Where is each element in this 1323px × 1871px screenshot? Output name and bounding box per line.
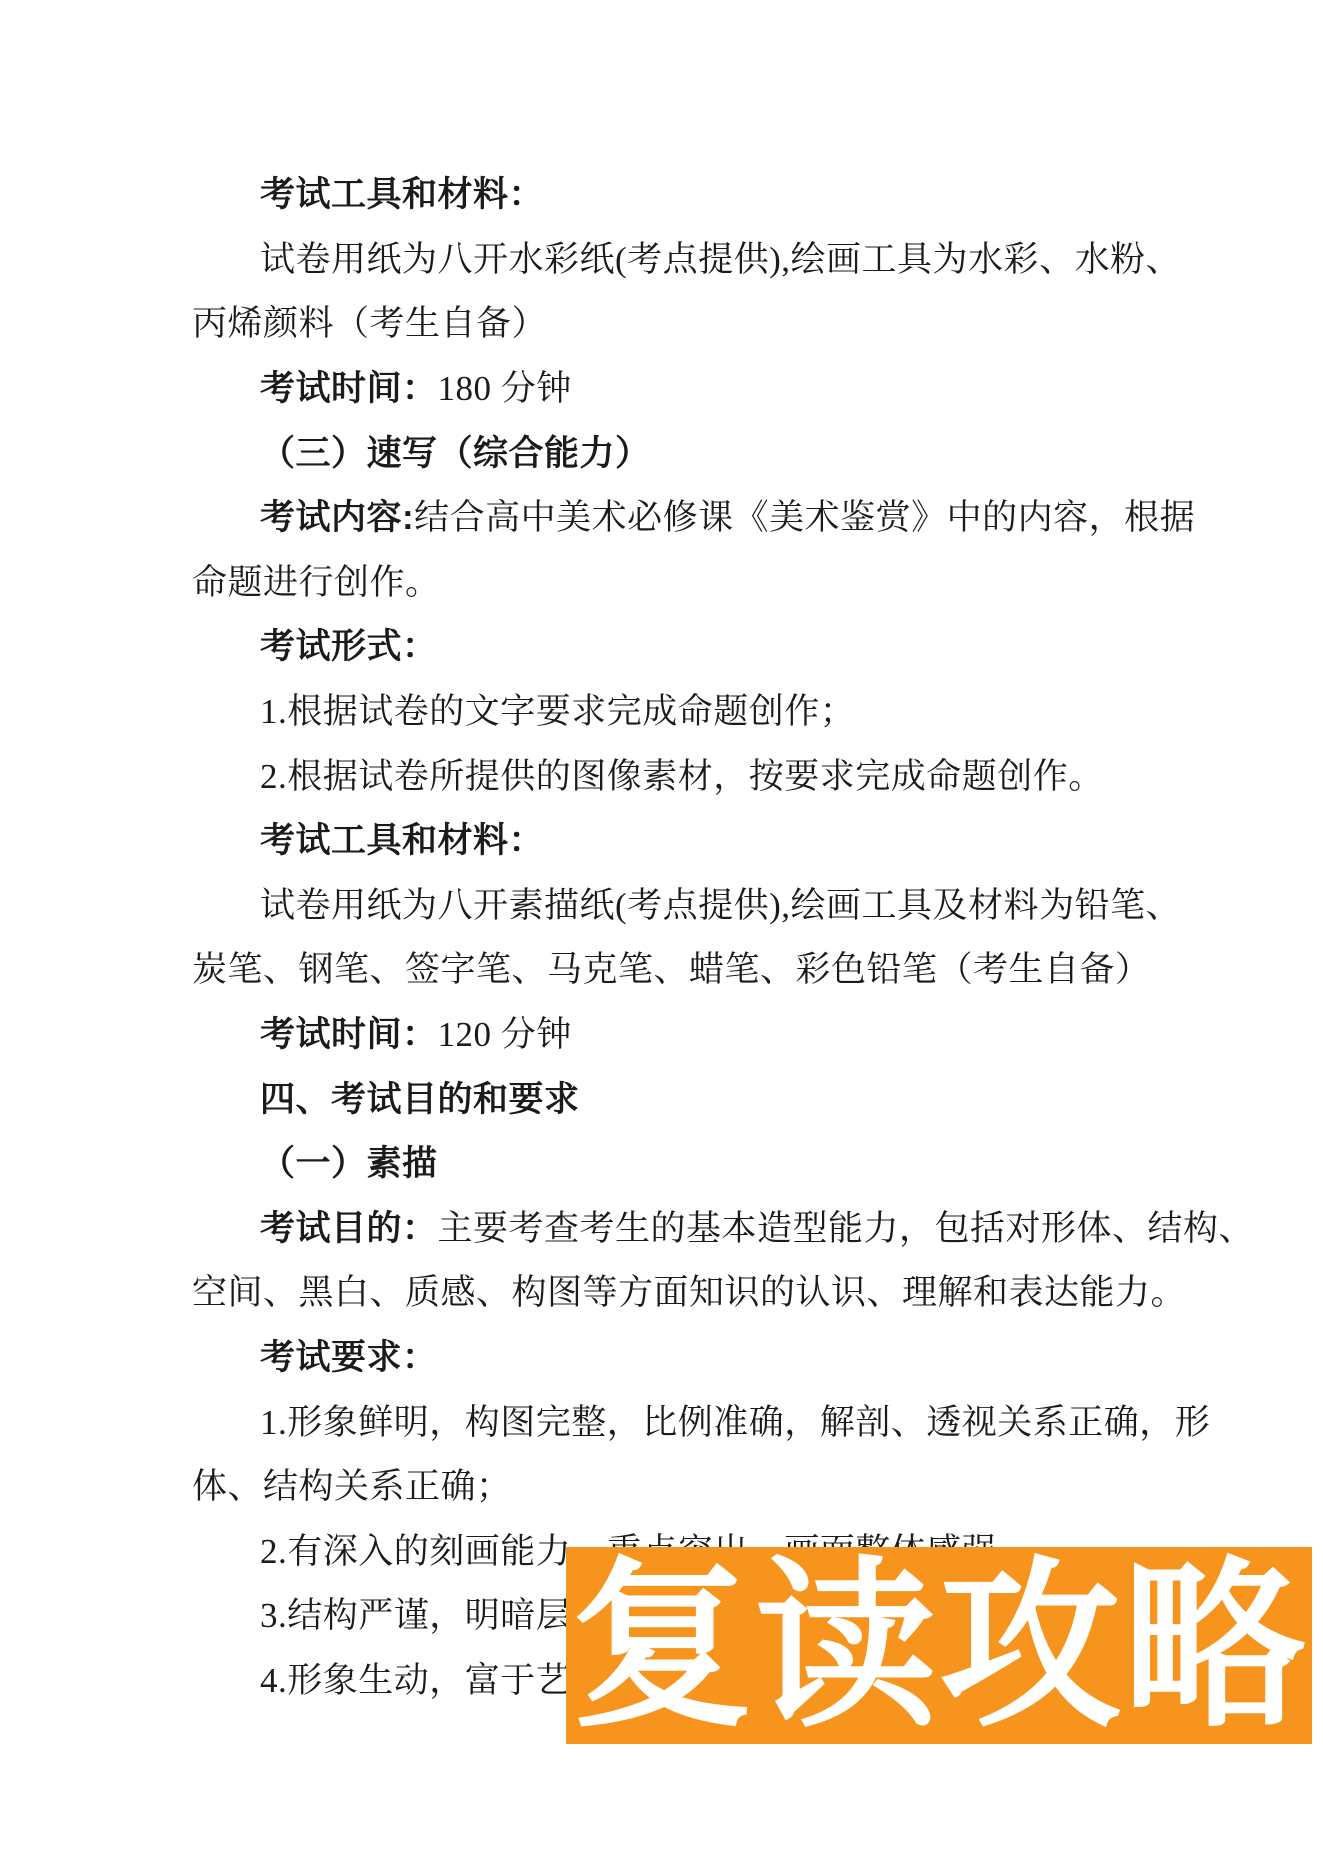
heading-run: （一）素描 (260, 1136, 438, 1186)
body-run: 空间、黑白、质感、构图等方面知识的认识、理解和表达能力。 (192, 1265, 1186, 1315)
heading-run: 考试时间： (260, 1007, 438, 1057)
text-line: （一）素描 (192, 1129, 1192, 1194)
text-line: 考试时间：120 分钟 (192, 1000, 1192, 1065)
text-line: 2.根据试卷所提供的图像素材，按要求完成命题创作。 (192, 741, 1192, 806)
text-line: 空间、黑白、质感、构图等方面知识的认识、理解和表达能力。 (192, 1258, 1192, 1323)
document-page: 考试工具和材料：试卷用纸为八开水彩纸(考点提供),绘画工具为水彩、水粉、丙烯颜料… (0, 0, 1323, 1871)
body-run: 120 分钟 (438, 1007, 572, 1057)
text-line: 考试时间：180 分钟 (192, 354, 1192, 419)
heading-run: 考试目的： (260, 1201, 438, 1251)
watermark-banner: 复读攻略 (566, 1547, 1312, 1744)
body-run: 结合高中美术必修课《美术鉴赏》中的内容，根据 (414, 490, 1195, 540)
document-body: 考试工具和材料：试卷用纸为八开水彩纸(考点提供),绘画工具为水彩、水粉、丙烯颜料… (192, 160, 1192, 1710)
heading-run: 考试内容: (260, 490, 414, 540)
heading-run: 考试形式： (260, 619, 438, 669)
body-run: 主要考查考生的基本造型能力，包括对形体、结构、 (438, 1201, 1255, 1251)
body-run: 炭笔、钢笔、签字笔、马克笔、蜡笔、彩色铅笔（考生自备） (192, 942, 1151, 992)
text-line: 试卷用纸为八开水彩纸(考点提供),绘画工具为水彩、水粉、 (192, 225, 1192, 290)
body-run: 试卷用纸为八开素描纸(考点提供),绘画工具及材料为铅笔、 (260, 878, 1181, 928)
text-line: 考试工具和材料： (192, 160, 1192, 225)
text-line: 1.形象鲜明，构图完整，比例准确，解剖、透视关系正确，形 (192, 1387, 1192, 1452)
heading-run: 考试要求： (260, 1330, 438, 1380)
body-run: 1.形象鲜明，构图完整，比例准确，解剖、透视关系正确，形 (260, 1395, 1210, 1445)
heading-run: 考试工具和材料： (260, 167, 544, 217)
text-line: 考试目的：主要考查考生的基本造型能力，包括对形体、结构、 (192, 1194, 1192, 1259)
body-run: 4.形象生动，富于艺术 (260, 1653, 607, 1703)
body-run: 体、结构关系正确； (192, 1459, 512, 1509)
heading-run: （三）速写（综合能力） (260, 426, 651, 476)
text-line: 1.根据试卷的文字要求完成命题创作； (192, 677, 1192, 742)
body-run: 3.结构严谨，明暗层次 (260, 1588, 607, 1638)
body-run: 2.根据试卷所提供的图像素材，按要求完成命题创作。 (260, 749, 1104, 799)
text-line: 四、考试目的和要求 (192, 1064, 1192, 1129)
heading-run: 考试时间： (260, 361, 438, 411)
text-line: 命题进行创作。 (192, 548, 1192, 613)
text-line: 炭笔、钢笔、签字笔、马克笔、蜡笔、彩色铅笔（考生自备） (192, 935, 1192, 1000)
body-run: 命题进行创作。 (192, 555, 441, 605)
watermark-label: 复读攻略 (571, 1555, 1307, 1737)
heading-run: 四、考试目的和要求 (260, 1072, 580, 1122)
heading-run: 考试工具和材料： (260, 813, 544, 863)
text-line: 考试内容:结合高中美术必修课《美术鉴赏》中的内容，根据 (192, 483, 1192, 548)
text-line: 考试形式： (192, 612, 1192, 677)
text-line: 体、结构关系正确； (192, 1452, 1192, 1517)
body-run: 试卷用纸为八开水彩纸(考点提供),绘画工具为水彩、水粉、 (260, 232, 1181, 282)
text-line: 考试工具和材料： (192, 806, 1192, 871)
body-run: 1.根据试卷的文字要求完成命题创作； (260, 684, 855, 734)
text-line: 试卷用纸为八开素描纸(考点提供),绘画工具及材料为铅笔、 (192, 871, 1192, 936)
body-run: 丙烯颜料（考生自备） (192, 296, 547, 346)
text-line: 考试要求： (192, 1323, 1192, 1388)
body-run: 180 分钟 (438, 361, 572, 411)
text-line: 丙烯颜料（考生自备） (192, 289, 1192, 354)
text-line: （三）速写（综合能力） (192, 418, 1192, 483)
